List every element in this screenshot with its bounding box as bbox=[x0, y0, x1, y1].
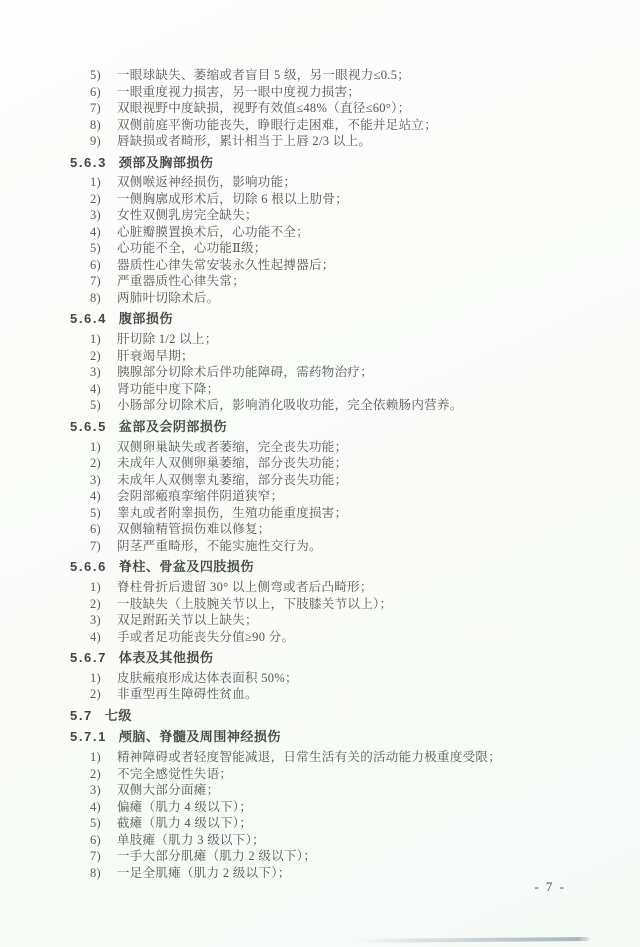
item-text: 会阴部瘢痕挛缩伴阴道狭窄； bbox=[117, 488, 283, 505]
item-number: 2) bbox=[90, 766, 117, 783]
document-body: 5)一眼球缺失、萎缩或者盲目 5 级，另一眼视力≤0.5；6)一眼重度视力损害，… bbox=[70, 67, 592, 881]
list-item: 3)胰腺部分切除术后伴功能障碍，需药物治疗； bbox=[70, 364, 592, 381]
item-text: 肝衰竭早期； bbox=[117, 348, 194, 365]
list-item: 5)截瘫（肌力 4 级以下）； bbox=[70, 815, 592, 832]
section-item-list: 1)肝切除 1/2 以上；2)肝衰竭早期；3)胰腺部分切除术后伴功能障碍，需药物… bbox=[70, 331, 592, 414]
item-number: 1) bbox=[90, 670, 117, 687]
section-heading: 5.6.7体表及其他损伤 bbox=[70, 650, 592, 667]
item-number: 4) bbox=[90, 381, 117, 398]
item-text: 器质性心律失常安装永久性起搏器后； bbox=[117, 257, 335, 274]
list-item: 5)心功能不全，心功能Ⅱ级； bbox=[70, 240, 592, 257]
list-item: 4)肾功能中度下降； bbox=[70, 381, 592, 398]
item-text: 一眼球缺失、萎缩或者盲目 5 级，另一眼视力≤0.5； bbox=[117, 67, 410, 84]
scanned-document-page: 5)一眼球缺失、萎缩或者盲目 5 级，另一眼视力≤0.5；6)一眼重度视力损害，… bbox=[0, 0, 640, 947]
item-number: 7) bbox=[90, 538, 117, 555]
page-number: - 7 - bbox=[534, 879, 566, 895]
item-number: 2) bbox=[90, 596, 117, 613]
item-number: 2) bbox=[90, 686, 117, 703]
item-number: 8) bbox=[90, 865, 117, 882]
list-item: 7)严重器质性心律失常； bbox=[70, 273, 592, 290]
list-item: 1)双侧卵巢缺失或者萎缩，完全丧失功能； bbox=[70, 439, 592, 456]
item-text: 心功能不全，心功能Ⅱ级； bbox=[117, 240, 267, 257]
section-heading: 5.6.4腹部损伤 bbox=[70, 311, 592, 328]
list-item: 1)皮肤瘢痕形成达体表面积 50%； bbox=[70, 670, 592, 687]
section-title: 盆部及会阴部损伤 bbox=[119, 419, 227, 436]
item-number: 3) bbox=[90, 612, 117, 629]
item-number: 8) bbox=[90, 290, 117, 307]
item-number: 5) bbox=[90, 240, 117, 257]
item-text: 双眼视野中度缺损，视野有效值≤48%（直径≤60°）； bbox=[117, 100, 410, 117]
list-item: 1)肝切除 1/2 以上； bbox=[70, 331, 592, 348]
list-item: 1)脊柱骨折后遗留 30° 以上侧弯或者后凸畸形； bbox=[70, 579, 592, 596]
item-number: 8) bbox=[90, 117, 117, 134]
item-number: 2) bbox=[90, 191, 117, 208]
section-title: 腹部损伤 bbox=[119, 311, 173, 328]
item-number: 1) bbox=[90, 174, 117, 191]
section-number: 5.6.7 bbox=[70, 650, 107, 667]
list-item: 6)单肢瘫（肌力 3 级以下）； bbox=[70, 832, 592, 849]
item-text: 单肢瘫（肌力 3 级以下）； bbox=[117, 832, 265, 849]
item-number: 3) bbox=[90, 364, 117, 381]
item-number: 6) bbox=[90, 832, 117, 849]
item-text: 心脏瓣膜置换术后，心功能不全； bbox=[117, 224, 309, 241]
section-number: 5.7.1 bbox=[70, 729, 107, 746]
section-item-list: 1)精神障碍或者轻度智能减退，日常生活有关的活动能力极重度受限；2)不完全感觉性… bbox=[70, 749, 592, 881]
list-item: 7)阴茎严重畸形，不能实施性交行为。 bbox=[70, 538, 592, 555]
list-item: 8)双侧前庭平衡功能丧失，睁眼行走困难，不能并足站立； bbox=[70, 117, 592, 134]
section-number: 5.6.3 bbox=[70, 155, 107, 172]
list-item: 8)一足全肌瘫（肌力 2 级以下）； bbox=[70, 865, 592, 882]
list-item: 5)一眼球缺失、萎缩或者盲目 5 级，另一眼视力≤0.5； bbox=[70, 67, 592, 84]
item-text: 女性双侧乳房完全缺失； bbox=[117, 207, 258, 224]
list-item: 1)精神障碍或者轻度智能减退，日常生活有关的活动能力极重度受限； bbox=[70, 749, 592, 766]
item-number: 3) bbox=[90, 472, 117, 489]
item-text: 睾丸或者附睾损伤，生殖功能重度损害； bbox=[117, 505, 347, 522]
item-number: 5) bbox=[90, 505, 117, 522]
section-title: 颅脑、脊髓及周围神经损伤 bbox=[119, 729, 281, 746]
section-item-list: 1)双侧卵巢缺失或者萎缩，完全丧失功能；2)未成年人双侧卵巢萎缩，部分丧失功能；… bbox=[70, 439, 592, 555]
item-number: 5) bbox=[90, 397, 117, 414]
item-number: 1) bbox=[90, 439, 117, 456]
item-number: 6) bbox=[90, 84, 117, 101]
item-text: 一侧胸廓成形术后，切除 6 根以上肋骨； bbox=[117, 191, 348, 208]
item-number: 5) bbox=[90, 815, 117, 832]
item-number: 6) bbox=[90, 521, 117, 538]
item-number: 3) bbox=[90, 782, 117, 799]
section-title: 体表及其他损伤 bbox=[119, 650, 214, 667]
item-text: 肝切除 1/2 以上； bbox=[117, 331, 218, 348]
item-text: 非重型再生障碍性贫血。 bbox=[117, 686, 258, 703]
section-number: 5.6.5 bbox=[70, 419, 107, 436]
list-item: 7)一手大部分肌瘫（肌力 2 级以下）； bbox=[70, 848, 592, 865]
section-item-list: 1)皮肤瘢痕形成达体表面积 50%；2)非重型再生障碍性贫血。 bbox=[70, 670, 592, 703]
section-number: 5.6.6 bbox=[70, 559, 107, 576]
item-text: 手或者足功能丧失分值≥90 分。 bbox=[117, 629, 294, 646]
item-number: 6) bbox=[90, 257, 117, 274]
item-text: 双侧卵巢缺失或者萎缩，完全丧失功能； bbox=[117, 439, 347, 456]
scan-shadow-artifact bbox=[356, 937, 590, 943]
item-text: 双侧大部分面瘫； bbox=[117, 782, 219, 799]
list-item: 2)肝衰竭早期； bbox=[70, 348, 592, 365]
item-number: 4) bbox=[90, 799, 117, 816]
item-text: 小肠部分切除术后，影响消化吸收功能，完全依赖肠内营养。 bbox=[117, 397, 463, 414]
list-item: 4)心脏瓣膜置换术后，心功能不全； bbox=[70, 224, 592, 241]
section-title: 颈部及胸部损伤 bbox=[119, 155, 214, 172]
item-text: 一肢缺失（上肢腕关节以上，下肢膝关节以上）； bbox=[117, 596, 392, 613]
list-item: 3)女性双侧乳房完全缺失； bbox=[70, 207, 592, 224]
list-item: 6)双侧输精管损伤难以修复； bbox=[70, 521, 592, 538]
item-text: 截瘫（肌力 4 级以下）； bbox=[117, 815, 252, 832]
item-text: 不完全感觉性失语； bbox=[117, 766, 232, 783]
section-heading: 5.6.5盆部及会阴部损伤 bbox=[70, 419, 592, 436]
item-number: 7) bbox=[90, 100, 117, 117]
item-text: 双足跗跖关节以上缺失； bbox=[117, 612, 258, 629]
list-item: 4)偏瘫（肌力 4 级以下）； bbox=[70, 799, 592, 816]
section-title: 七级 bbox=[105, 708, 132, 725]
item-number: 4) bbox=[90, 224, 117, 241]
item-text: 唇缺损或者畸形，累计相当于上唇 2/3 以上。 bbox=[117, 133, 371, 150]
item-text: 严重器质性心律失常； bbox=[117, 273, 245, 290]
list-item: 6)一眼重度视力损害，另一眼中度视力损害； bbox=[70, 84, 592, 101]
item-text: 两肺叶切除术后。 bbox=[117, 290, 219, 307]
section-heading: 5.6.3颈部及胸部损伤 bbox=[70, 155, 592, 172]
list-item: 2)一侧胸廓成形术后，切除 6 根以上肋骨； bbox=[70, 191, 592, 208]
section-heading: 5.7.1颅脑、脊髓及周围神经损伤 bbox=[70, 729, 592, 746]
list-item: 3)双足跗跖关节以上缺失； bbox=[70, 612, 592, 629]
item-text: 双侧前庭平衡功能丧失，睁眼行走困难，不能并足站立； bbox=[117, 117, 437, 134]
item-number: 7) bbox=[90, 273, 117, 290]
item-text: 脊柱骨折后遗留 30° 以上侧弯或者后凸畸形； bbox=[117, 579, 373, 596]
section-heading: 5.6.6脊柱、骨盆及四肢损伤 bbox=[70, 559, 592, 576]
item-number: 4) bbox=[90, 629, 117, 646]
list-item: 2)未成年人双侧卵巢萎缩，部分丧失功能； bbox=[70, 455, 592, 472]
item-number: 3) bbox=[90, 207, 117, 224]
item-number: 5) bbox=[90, 67, 117, 84]
item-number: 9) bbox=[90, 133, 117, 150]
continuation-item-list: 5)一眼球缺失、萎缩或者盲目 5 级，另一眼视力≤0.5；6)一眼重度视力损害，… bbox=[70, 67, 592, 150]
item-text: 双侧输精管损伤难以修复； bbox=[117, 521, 271, 538]
item-text: 未成年人双侧睾丸萎缩，部分丧失功能； bbox=[117, 472, 347, 489]
item-number: 1) bbox=[90, 749, 117, 766]
item-number: 7) bbox=[90, 848, 117, 865]
list-item: 8)两肺叶切除术后。 bbox=[70, 290, 592, 307]
item-text: 一手大部分肌瘫（肌力 2 级以下）； bbox=[117, 848, 316, 865]
item-number: 1) bbox=[90, 579, 117, 596]
item-text: 精神障碍或者轻度智能减退，日常生活有关的活动能力极重度受限； bbox=[117, 749, 501, 766]
list-item: 4)手或者足功能丧失分值≥90 分。 bbox=[70, 629, 592, 646]
item-number: 4) bbox=[90, 488, 117, 505]
list-item: 9)唇缺损或者畸形，累计相当于上唇 2/3 以上。 bbox=[70, 133, 592, 150]
section-title: 脊柱、骨盆及四肢损伤 bbox=[119, 559, 254, 576]
list-item: 2)非重型再生障碍性贫血。 bbox=[70, 686, 592, 703]
item-text: 一眼重度视力损害，另一眼中度视力损害； bbox=[117, 84, 360, 101]
item-number: 1) bbox=[90, 331, 117, 348]
item-text: 胰腺部分切除术后伴功能障碍，需药物治疗； bbox=[117, 364, 373, 381]
section-heading: 5.7七级 bbox=[70, 708, 592, 725]
item-text: 肾功能中度下降； bbox=[117, 381, 219, 398]
list-item: 4)会阴部瘢痕挛缩伴阴道狭窄； bbox=[70, 488, 592, 505]
list-item: 2)不完全感觉性失语； bbox=[70, 766, 592, 783]
list-item: 7)双眼视野中度缺损，视野有效值≤48%（直径≤60°）； bbox=[70, 100, 592, 117]
section-item-list: 1)脊柱骨折后遗留 30° 以上侧弯或者后凸畸形；2)一肢缺失（上肢腕关节以上，… bbox=[70, 579, 592, 645]
section-number: 5.6.4 bbox=[70, 311, 107, 328]
section-number: 5.7 bbox=[70, 708, 93, 725]
section-item-list: 1)双侧喉返神经损伤，影响功能；2)一侧胸廓成形术后，切除 6 根以上肋骨；3)… bbox=[70, 174, 592, 306]
list-item: 1)双侧喉返神经损伤，影响功能； bbox=[70, 174, 592, 191]
list-item: 2)一肢缺失（上肢腕关节以上，下肢膝关节以上）； bbox=[70, 596, 592, 613]
list-item: 6)器质性心律失常安装永久性起搏器后； bbox=[70, 257, 592, 274]
item-text: 偏瘫（肌力 4 级以下）； bbox=[117, 799, 252, 816]
list-item: 5)小肠部分切除术后，影响消化吸收功能，完全依赖肠内营养。 bbox=[70, 397, 592, 414]
item-text: 双侧喉返神经损伤，影响功能； bbox=[117, 174, 296, 191]
item-number: 2) bbox=[90, 348, 117, 365]
item-text: 一足全肌瘫（肌力 2 级以下）； bbox=[117, 865, 291, 882]
list-item: 3)未成年人双侧睾丸萎缩，部分丧失功能； bbox=[70, 472, 592, 489]
item-text: 皮肤瘢痕形成达体表面积 50%； bbox=[117, 670, 298, 687]
item-number: 2) bbox=[90, 455, 117, 472]
item-text: 阴茎严重畸形，不能实施性交行为。 bbox=[117, 538, 322, 555]
item-text: 未成年人双侧卵巢萎缩，部分丧失功能； bbox=[117, 455, 347, 472]
list-item: 5)睾丸或者附睾损伤，生殖功能重度损害； bbox=[70, 505, 592, 522]
list-item: 3)双侧大部分面瘫； bbox=[70, 782, 592, 799]
